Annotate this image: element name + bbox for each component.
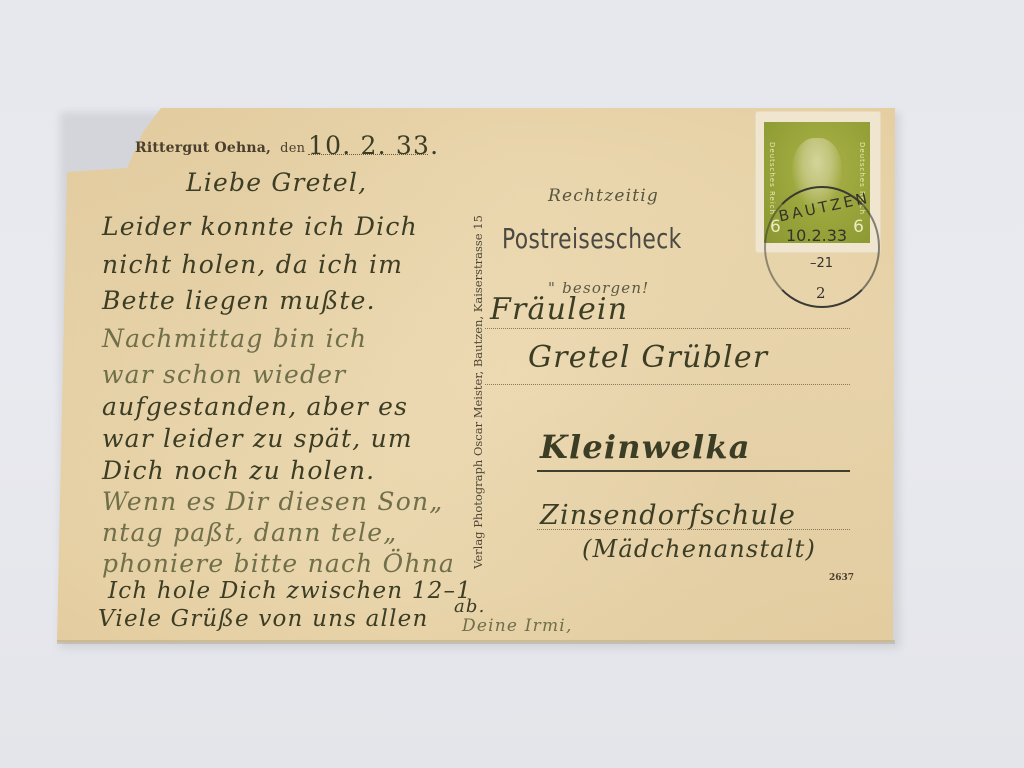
postmark-slogan-main: Postreisescheck xyxy=(502,222,682,255)
message-line: Liebe Gretel, xyxy=(186,168,367,197)
printed-place: Rittergut Oehna, xyxy=(135,140,271,156)
cancellation-date: 10.2.33 xyxy=(786,226,847,245)
message-line: ntag paßt, dann tele„ xyxy=(102,518,397,547)
address-dotted-line xyxy=(485,328,850,329)
printed-den: den xyxy=(280,141,305,156)
message-line: aufgestanden, aber es xyxy=(102,392,408,421)
message-line: Viele Grüße von uns allen xyxy=(98,606,428,632)
message-line: Ich hole Dich zwischen 12–1 xyxy=(108,578,472,604)
stamp-country-left: Deutsches Reich xyxy=(768,142,776,215)
message-line: phoniere bitte nach Öhna xyxy=(102,549,455,578)
address-dotted-line xyxy=(537,529,850,530)
message-line: Dich noch zu holen. xyxy=(102,456,375,485)
printed-header: Rittergut Oehna, den xyxy=(135,140,305,156)
handwritten-date: 10. 2. 33. xyxy=(308,131,439,160)
cancellation-number: 2 xyxy=(816,284,826,302)
message-line: war schon wieder xyxy=(102,360,346,389)
address-name: Gretel Grübler xyxy=(528,340,768,375)
message-line: Bette liegen mußte. xyxy=(102,286,376,315)
card-bottom-edge xyxy=(57,640,895,644)
address-institution: Zinsendorfschule xyxy=(540,500,796,531)
address-dotted-line xyxy=(485,384,850,385)
address-town: Kleinwelka xyxy=(540,428,751,466)
address-town-underline xyxy=(537,470,850,472)
cancellation-time: –21 xyxy=(810,256,833,271)
message-line: Leider konnte ich Dich xyxy=(102,212,418,241)
message-line: Wenn es Dir diesen Son„ xyxy=(102,487,443,516)
message-line: war leider zu spät, um xyxy=(102,424,413,453)
publisher-imprint: Verlag Photograph Oscar Meister, Bautzen… xyxy=(471,152,485,632)
message-line: Nachmittag bin ich xyxy=(102,324,367,353)
message-line: nicht holen, da ich im xyxy=(102,250,403,279)
postmark-slogan-above: Rechtzeitig xyxy=(548,186,659,206)
card-number: 2637 xyxy=(829,573,854,583)
address-note: (Mädchenanstalt) xyxy=(582,535,816,563)
address-salutation: Fräulein xyxy=(490,292,628,327)
